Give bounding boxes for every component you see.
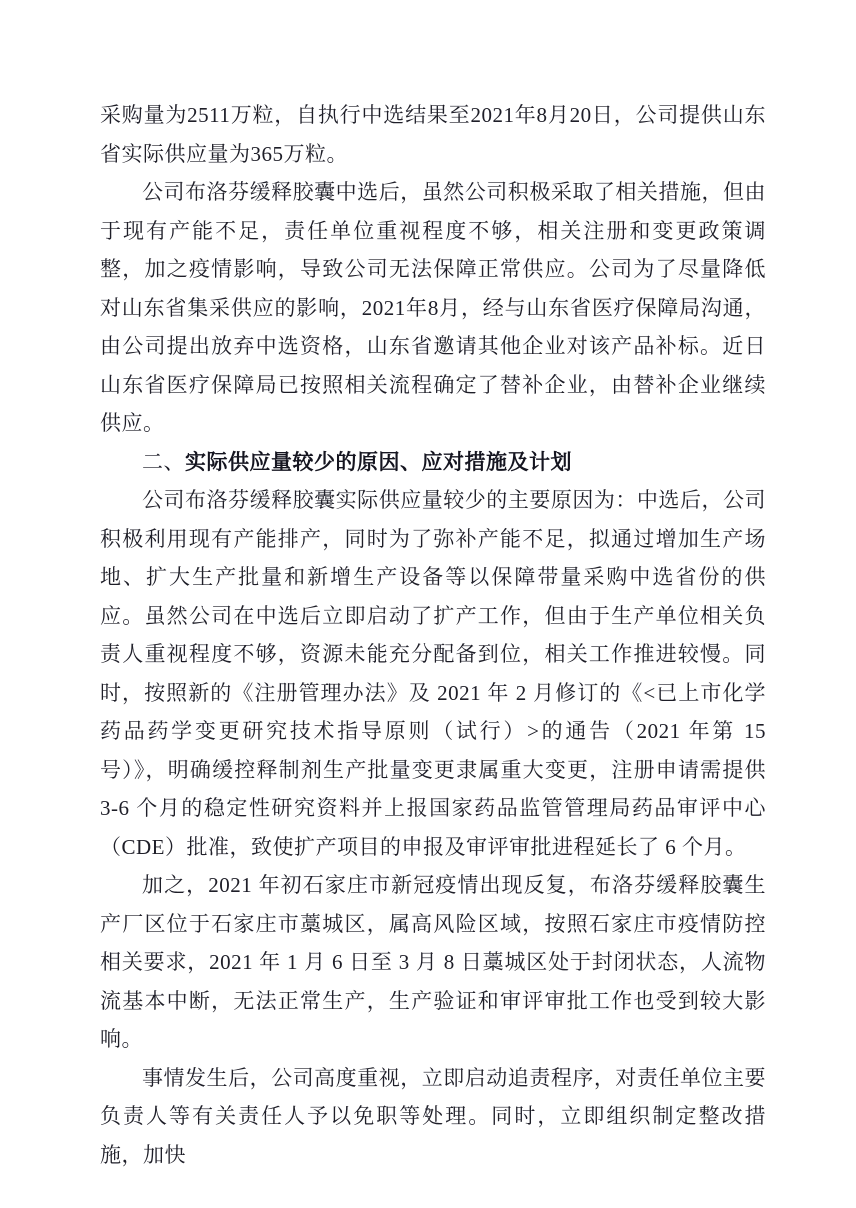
- section-heading-title: 实际供应量较少的原因、应对措施及计划: [185, 450, 572, 474]
- section-heading: 二、实际供应量较少的原因、应对措施及计划: [100, 443, 766, 482]
- section-heading-number: 二、: [142, 450, 185, 474]
- document-page: 采购量为2511万粒，自执行中选结果至2021年8月20日，公司提供山东省实际供…: [0, 0, 856, 1208]
- paragraph: 公司布洛芬缓释胶囊中选后，虽然公司积极采取了相关措施，但由于现有产能不足，责任单…: [100, 173, 766, 443]
- document-body: 采购量为2511万粒，自执行中选结果至2021年8月20日，公司提供山东省实际供…: [100, 96, 766, 1174]
- paragraph: 公司布洛芬缓释胶囊实际供应量较少的主要原因为：中选后，公司积极利用现有产能排产，…: [100, 481, 766, 866]
- paragraph: 采购量为2511万粒，自执行中选结果至2021年8月20日，公司提供山东省实际供…: [100, 96, 766, 173]
- page-number: 2: [0, 1104, 856, 1124]
- paragraph: 加之，2021 年初石家庄市新冠疫情出现反复，布洛芬缓释胶囊生产厂区位于石家庄市…: [100, 866, 766, 1059]
